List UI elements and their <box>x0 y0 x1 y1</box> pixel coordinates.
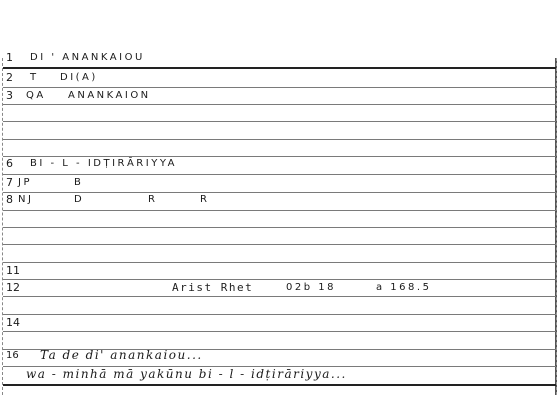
code-cell: QA <box>26 87 46 104</box>
row-number: 12 <box>6 279 20 296</box>
value-cell: D <box>74 191 84 208</box>
row-number: 2 <box>6 69 13 86</box>
value-cell: R <box>200 191 209 208</box>
ruled-line <box>3 227 556 228</box>
ruled-line <box>3 121 556 122</box>
ruled-line <box>3 104 556 105</box>
row-number: 7 <box>6 174 13 191</box>
ruled-line <box>3 244 556 245</box>
ruled-line <box>3 262 556 263</box>
lemma-text: DI ' ANANKAIOU <box>30 49 145 66</box>
value-cell: ANANKAION <box>68 87 151 104</box>
ruled-line <box>3 314 556 315</box>
ruled-line <box>3 279 556 280</box>
row-number: 14 <box>6 314 20 331</box>
ruled-line <box>3 174 556 175</box>
ruled-line <box>3 192 556 193</box>
ruled-line <box>3 331 556 332</box>
row-number: 3 <box>6 87 13 104</box>
greek-quote: Ta de di' anankaiou... <box>40 347 203 364</box>
ruled-line <box>3 210 556 211</box>
code-cell: T <box>30 69 39 86</box>
code-cell: NJ <box>18 191 33 208</box>
row-number: 8 <box>6 191 13 208</box>
translation-text: BI - L - IDṬIRĀRIYYA <box>30 155 177 172</box>
row-number: 11 <box>6 262 20 279</box>
source-reference: Arist Rhet <box>172 279 253 296</box>
index-card: 1 DI ' ANANKAIOU 2 T DI(A) 3 QA ANANKAIO… <box>0 0 560 395</box>
ruled-line <box>3 384 556 386</box>
value-cell: R <box>148 191 157 208</box>
value-cell: B <box>74 174 83 191</box>
value-cell: DI(A) <box>60 69 98 86</box>
line-reference: a 168.5 <box>376 279 431 296</box>
ruled-line <box>3 296 556 297</box>
code-cell: JP <box>18 174 32 191</box>
page-reference: 02b 18 <box>286 279 336 296</box>
arabic-quote: wa - minhā mā yakūnu bi - l - idṭirāriyy… <box>26 366 347 383</box>
row-number: 16 <box>6 347 19 364</box>
ruled-line <box>3 139 556 140</box>
row-number: 6 <box>6 155 13 172</box>
row-number: 1 <box>6 49 13 66</box>
